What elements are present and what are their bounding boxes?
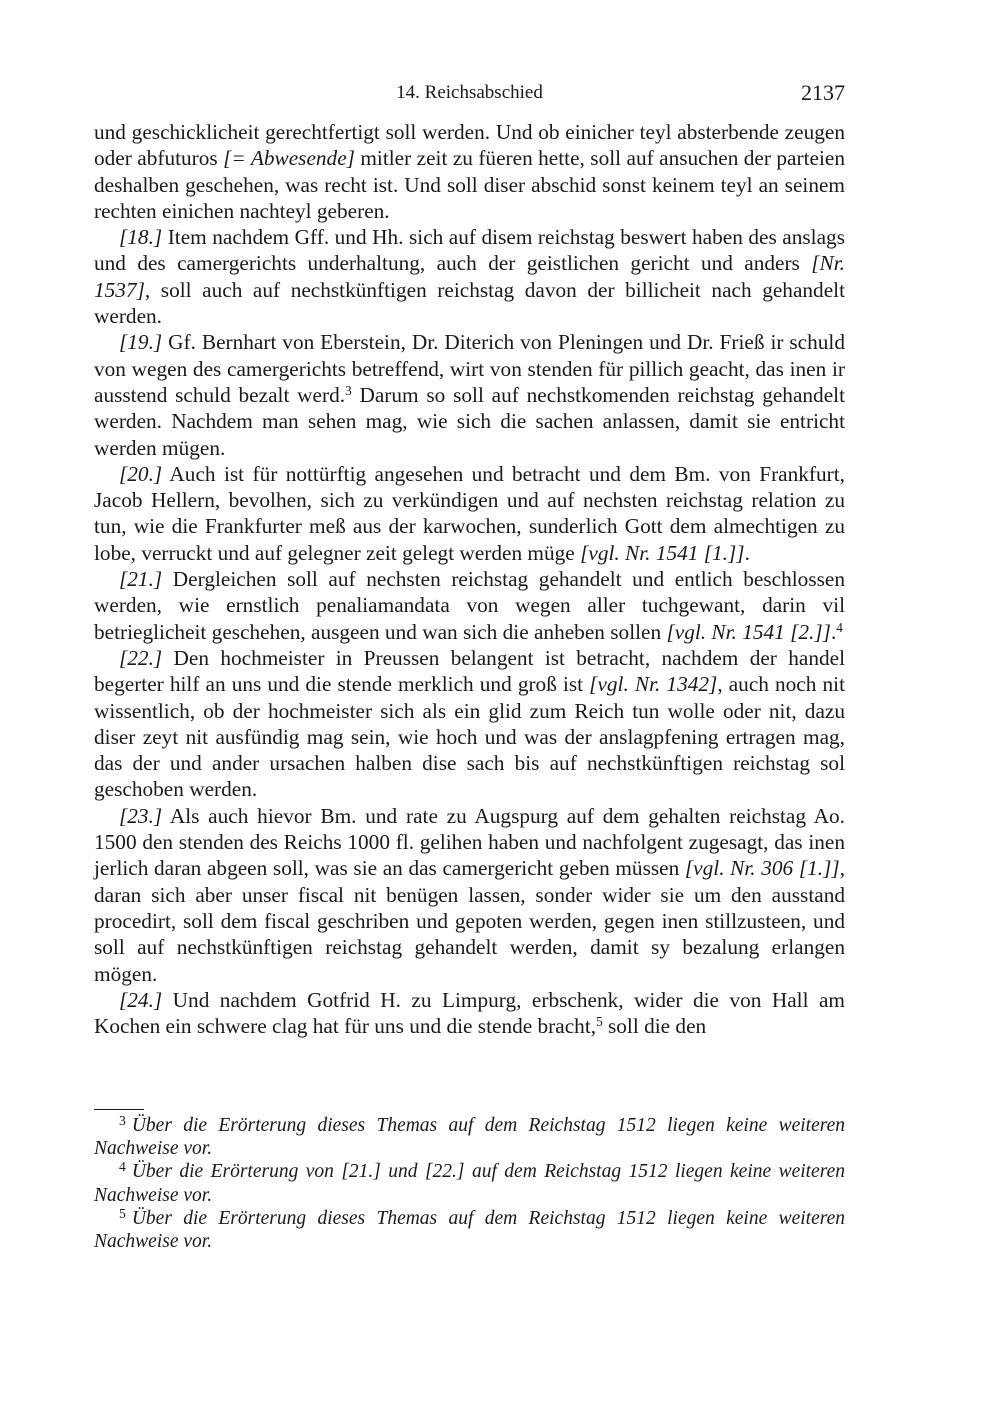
footnote-text: Über die Erörterung dieses Themas auf de… xyxy=(94,1208,845,1252)
footnote-number: 3 xyxy=(119,1113,126,1128)
editorial-note: [= Abwesende] xyxy=(223,146,355,170)
paragraph: [21.] Dergleichen soll auf nechsten reic… xyxy=(94,566,845,645)
paragraph: [22.] Den hochmeister in Preussen belang… xyxy=(94,645,845,803)
paragraph: [20.] Auch ist für nottürftig angesehen … xyxy=(94,461,845,566)
text-run: , soll auch auf nechstkünftigen reichsta… xyxy=(94,278,845,328)
running-header: 14. Reichsabschied 2137 xyxy=(94,80,845,106)
page-number: 2137 xyxy=(801,80,845,106)
text-run: soll die den xyxy=(603,1014,707,1038)
editorial-note: [vgl. Nr. 1541 [1.]] xyxy=(580,541,745,565)
editorial-note: [21.] xyxy=(119,567,162,591)
footnote: 3Über die Erörterung dieses Themas auf d… xyxy=(94,1114,845,1160)
main-text: und geschicklicheit gerechtfertigt soll … xyxy=(94,119,845,1039)
footnote-ref: 4 xyxy=(836,619,843,634)
footnote-ref: 3 xyxy=(345,383,352,398)
footnote-text: Über die Erörterung von [21.] und [22.] … xyxy=(94,1161,845,1205)
editorial-note: [vgl. Nr. 306 [1.]] xyxy=(685,856,840,880)
footnote-number: 5 xyxy=(119,1206,126,1221)
editorial-note: [vgl. Nr. 1342] xyxy=(589,672,717,696)
text-run: Item nachdem Gff. und Hh. sich auf disem… xyxy=(94,225,845,275)
text-run: . xyxy=(745,541,750,565)
footnote: 5Über die Erörterung dieses Themas auf d… xyxy=(94,1207,845,1253)
paragraph: [19.] Gf. Bernhart von Eberstein, Dr. Di… xyxy=(94,329,845,460)
editorial-note: [20.] xyxy=(119,462,162,486)
editorial-note: [vgl. Nr. 1541 [2.]] xyxy=(666,620,831,644)
footnote-number: 4 xyxy=(119,1159,126,1174)
footnotes: 3Über die Erörterung dieses Themas auf d… xyxy=(94,1114,845,1253)
footnote-ref: 5 xyxy=(596,1014,603,1029)
paragraph: [24.] Und nachdem Gotfrid H. zu Limpurg,… xyxy=(94,987,845,1040)
editorial-note: [23.] xyxy=(119,804,162,828)
editorial-note: [24.] xyxy=(119,988,162,1012)
footnote: 4Über die Erörterung von [21.] und [22.]… xyxy=(94,1160,845,1206)
editorial-note: [19.] xyxy=(119,330,162,354)
footnote-separator xyxy=(94,1109,144,1110)
running-title: 14. Reichsabschied xyxy=(94,82,845,104)
footnote-text: Über die Erörterung dieses Themas auf de… xyxy=(94,1115,845,1159)
paragraph: [18.] Item nachdem Gff. und Hh. sich auf… xyxy=(94,224,845,329)
editorial-note: [18.] xyxy=(119,225,162,249)
paragraph: [23.] Als auch hievor Bm. und rate zu Au… xyxy=(94,803,845,987)
paragraph: und geschicklicheit gerechtfertigt soll … xyxy=(94,119,845,224)
editorial-note: [22.] xyxy=(119,646,162,670)
text-run: Und nachdem Gotfrid H. zu Limpurg, erbsc… xyxy=(94,988,845,1038)
